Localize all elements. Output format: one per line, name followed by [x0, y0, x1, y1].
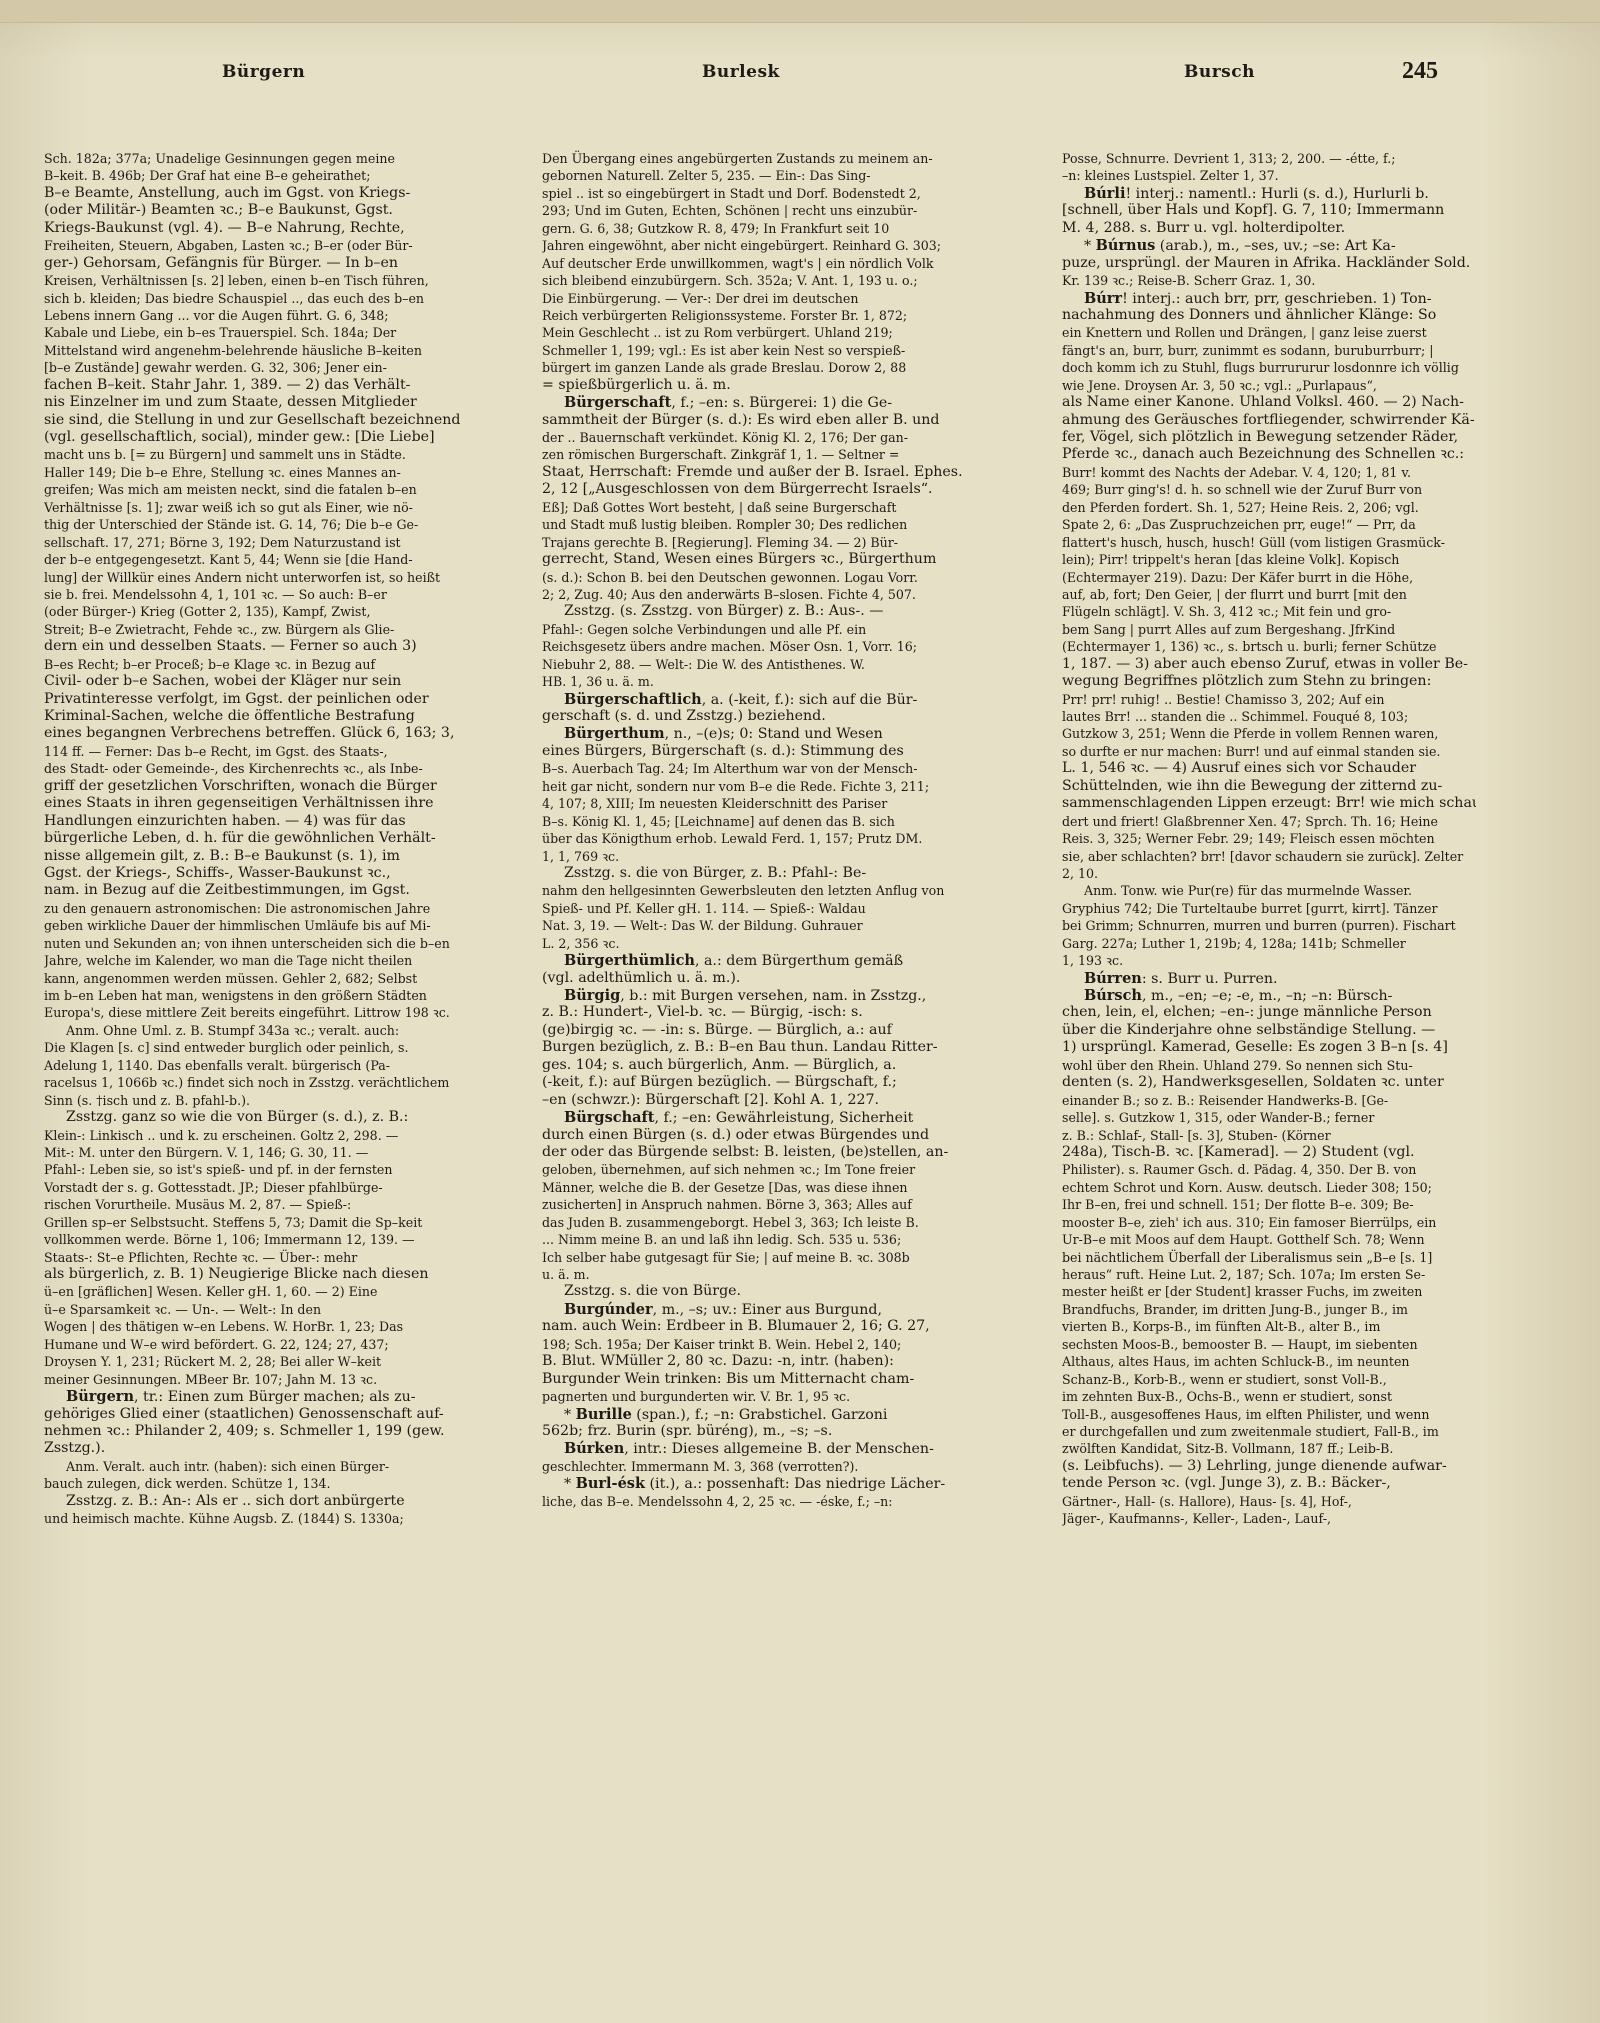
text-line: gehöriges Glied einer (staatlichen) Geno…: [44, 1406, 522, 1423]
text-line: Haller 149; Die b–e Ehre, Stellung ꝛc. e…: [44, 464, 522, 481]
text-line: puze, ursprüngl. der Mauren in Afrika. H…: [1062, 255, 1476, 272]
text-line: Anm. Veralt. auch intr. (haben): sich ei…: [44, 1458, 522, 1475]
text-line: 293; Und im Guten, Echten, Schönen | rec…: [542, 202, 1036, 219]
headword: Búrnus: [1096, 237, 1156, 254]
header-left-catchword: Bürgern: [222, 62, 305, 82]
text-line: B–s. Auerbach Tag. 24; Im Alterthum war …: [542, 760, 1036, 777]
text-line: ... Nimm meine B. an und laß ihn ledig. …: [542, 1231, 1036, 1248]
text-line: Flügeln schlägt]. V. Sh. 3, 412 ꝛc.; Mit…: [1062, 603, 1476, 620]
text-line: B–keit. B. 496b; Der Graf hat eine B–e g…: [44, 167, 522, 184]
dictionary-entry-line: Bürgerthümlich, a.: dem Bürgerthum gemäß: [542, 952, 1036, 969]
text-line: des Stadt- oder Gemeinde-, des Kirchenre…: [44, 760, 522, 777]
text-line: 114 ff. — Ferner: Das b–e Recht, im Ggst…: [44, 743, 522, 760]
text-line: [b–e Zustände] gewahr werden. G. 32, 306…: [44, 359, 522, 376]
text-line: (-keit, f.): auf Bürgen bezüglich. — Bür…: [542, 1074, 1036, 1091]
dictionary-entry-line: Bürgern, tr.: Einen zum Bürger machen; a…: [44, 1388, 522, 1405]
text-line: Zsstzg. s. die von Bürger, z. B.: Pfahl-…: [542, 865, 1036, 882]
dictionary-entry-line: Búrsch, m., –en; –e; -e, m., –n; –n: Bür…: [1062, 987, 1476, 1004]
text-line: Die Einbürgerung. — Ver-: Der drei im de…: [542, 290, 1036, 307]
text-line: gebornen Naturell. Zelter 5, 235. — Ein-…: [542, 167, 1036, 184]
dictionary-entry-line: Bürgerschaftlich, a. (-keit, f.): sich a…: [542, 691, 1036, 708]
text-line: 2; 2, Zug. 40; Aus den anderwärts B–slos…: [542, 586, 1036, 603]
text-line: Lebens innern Gang ... vor die Augen füh…: [44, 307, 522, 324]
text-line: pagnerten und burgunderten wir. V. Br. 1…: [542, 1388, 1036, 1405]
headword: Bürgerthümlich: [564, 952, 695, 969]
text-line: (vgl. adelthümlich u. ä. m.).: [542, 970, 1036, 987]
text-line: 1) ursprüngl. Kamerad, Geselle: Es zogen…: [1062, 1039, 1476, 1056]
text-line: heraus“ ruft. Heine Lut. 2, 187; Sch. 10…: [1062, 1266, 1476, 1283]
text-column-middle: Den Übergang eines angebürgerten Zustand…: [542, 150, 1036, 1510]
text-line: nahm den hellgesinnten Gewerbsleuten den…: [542, 882, 1036, 899]
text-line: Auf deutscher Erde unwillkommen, wagt's …: [542, 255, 1036, 272]
text-line: u. ä. m.: [542, 1266, 1036, 1283]
line-prefix: *: [564, 1476, 576, 1492]
text-line: bürgert im ganzen Lande als grade Bresla…: [542, 359, 1036, 376]
text-line: Spate 2, 6: „Das Zuspruchzeichen prr, eu…: [1062, 516, 1476, 533]
text-line: gerrecht, Stand, Wesen eines Bürgers ꝛc.…: [542, 551, 1036, 568]
text-line: racelsus 1, 1066b ꝛc.) findet sich noch …: [44, 1074, 522, 1091]
text-line: meiner Gesinnungen. MBeer Br. 107; Jahn …: [44, 1371, 522, 1388]
text-line: 1, 193 ꝛc.: [1062, 952, 1476, 969]
definition-text: , a. (-keit, f.): sich auf die Bür-: [702, 692, 918, 708]
headword: Burgúnder: [564, 1301, 653, 1318]
dictionary-entry-line: Bürgerthum, n., –(e)s; 0: Stand und Wese…: [542, 725, 1036, 742]
text-line: flattert's husch, husch, husch! Güll (vo…: [1062, 534, 1476, 551]
text-line: zu den genauern astronomischen: Die astr…: [44, 900, 522, 917]
text-line: einander B.; so z. B.: Reisender Handwer…: [1062, 1092, 1476, 1109]
text-line: Vorstadt der s. g. Gottesstadt. JP.; Die…: [44, 1179, 522, 1196]
text-line: durch einen Bürgen (s. d.) oder etwas Bü…: [542, 1127, 1036, 1144]
text-line: Sinn (s. †isch und z. B. pfahl-b.).: [44, 1092, 522, 1109]
text-line: macht uns b. [= zu Bürgern] und sammelt …: [44, 446, 522, 463]
text-line: Anm. Ohne Uml. z. B. Stumpf 343a ꝛc.; ve…: [44, 1022, 522, 1039]
text-line: Grillen sp–er Selbstsucht. Steffens 5, 7…: [44, 1214, 522, 1231]
text-line: = spießbürgerlich u. ä. m.: [542, 377, 1036, 394]
text-line: Garg. 227a; Luther 1, 219b; 4, 128a; 141…: [1062, 935, 1476, 952]
headword: Burl-ésk: [576, 1475, 645, 1492]
line-prefix: *: [564, 1407, 576, 1423]
text-line: echtem Schrot und Korn. Ausw. deutsch. L…: [1062, 1179, 1476, 1196]
dictionary-entry-line: * Burille (span.), f.; –n: Grabstichel. …: [542, 1406, 1036, 1423]
text-line: eines begangnen Verbrechens betreffen. G…: [44, 725, 522, 742]
text-line: der oder das Bürgende selbst: B. leisten…: [542, 1144, 1036, 1161]
text-line: doch komm ich zu Stuhl, flugs burrururur…: [1062, 359, 1476, 376]
definition-text: , n., –(e)s; 0: Stand und Wesen: [665, 726, 883, 742]
text-line: Gryphius 742; Die Turteltaube burret [gu…: [1062, 900, 1476, 917]
text-line: sie b. frei. Mendelssohn 4, 1, 101 ꝛc. —…: [44, 586, 522, 603]
text-line: greifen; Was mich am meisten neckt, sind…: [44, 481, 522, 498]
headword: Bürgig: [564, 987, 620, 1004]
text-line: B–s. König Kl. 1, 45; [Leichname] auf de…: [542, 813, 1036, 830]
text-line: als Name einer Kanone. Uhland Volksl. 46…: [1062, 394, 1476, 411]
text-line: Gutzkow 3, 251; Wenn die Pferde in volle…: [1062, 725, 1476, 742]
definition-text: (span.), f.; –n: Grabstichel. Garzoni: [632, 1407, 888, 1423]
text-line: der b–e entgegengesetzt. Kant 5, 44; Wen…: [44, 551, 522, 568]
text-line: und Stadt muß lustig bleiben. Rompler 30…: [542, 516, 1036, 533]
text-line: Den Übergang eines angebürgerten Zustand…: [542, 150, 1036, 167]
text-line: gern. G. 6, 38; Gutzkow R. 8, 479; In Fr…: [542, 220, 1036, 237]
text-line: Adelung 1, 1140. Das ebenfalls veralt. b…: [44, 1057, 522, 1074]
text-line: Handlungen einzurichten haben. — 4) was …: [44, 813, 522, 830]
header-right-catchword: Bursch: [1184, 62, 1255, 82]
text-line: Zsstzg. (s. Zsstzg. von Bürger) z. B.: A…: [542, 603, 1036, 620]
text-line: nam. in Bezug auf die Zeitbestimmungen, …: [44, 882, 522, 899]
text-line: lung] der Willkür eines Andern nicht unt…: [44, 569, 522, 586]
text-line: Niebuhr 2, 88. — Welt-: Die W. des Antis…: [542, 656, 1036, 673]
text-line: Ihr B–en, frei und schnell. 151; Der flo…: [1062, 1196, 1476, 1213]
headword: Búrsch: [1084, 987, 1142, 1004]
text-line: den Pferden fordert. Sh. 1, 527; Heine R…: [1062, 499, 1476, 516]
text-line: Zsstzg. z. B.: An-: Als er .. sich dort …: [44, 1493, 522, 1510]
headword: Bürgerschaft: [564, 394, 671, 411]
text-line: bem Sang | purrt Alles auf zum Bergeshan…: [1062, 621, 1476, 638]
text-line: Trajans gerechte B. [Regierung]. Fleming…: [542, 534, 1036, 551]
text-line: Die Klagen [s. c] sind entweder burglich…: [44, 1039, 522, 1056]
text-line: bürgerliche Leben, d. h. für die gewöhnl…: [44, 830, 522, 847]
text-line: Pfahl-: Gegen solche Verbindungen und al…: [542, 621, 1036, 638]
text-line: zen römischen Burgerschaft. Zinkgräf 1, …: [542, 446, 1036, 463]
page-top-edge: [0, 0, 1600, 23]
text-line: (s. Leibfuchs). — 3) Lehrling, junge die…: [1062, 1458, 1476, 1475]
text-line: auf, ab, fort; Den Geier, | der flurrt u…: [1062, 586, 1476, 603]
text-line: Zsstzg. s. die von Bürge.: [542, 1283, 1036, 1300]
text-line: Staat, Herrschaft: Fremde und außer der …: [542, 464, 1036, 481]
dictionary-entry-line: Bürgerschaft, f.; –en: s. Bürgerei: 1) d…: [542, 394, 1036, 411]
headword: Búrr: [1084, 290, 1122, 307]
text-line: (Echtermayer 219). Dazu: Der Käfer burrt…: [1062, 569, 1476, 586]
text-line: Wogen | des thätigen w–en Lebens. W. Hor…: [44, 1318, 522, 1335]
text-line: Toll-B., ausgesoffenes Haus, im elften P…: [1062, 1406, 1476, 1423]
text-line: Mit-: M. unter den Bürgern. V. 1, 146; G…: [44, 1144, 522, 1161]
text-line: Streit; B–e Zwietracht, Fehde ꝛc., zw. B…: [44, 621, 522, 638]
text-line: 198; Sch. 195a; Der Kaiser trinkt B. Wei…: [542, 1336, 1036, 1353]
text-line: bei Grimm; Schnurren, murren und burren …: [1062, 917, 1476, 934]
text-line: ahmung des Geräusches fortfliegender, sc…: [1062, 412, 1476, 429]
text-line: 2, 12 [„Ausgeschlossen von dem Bürgerrec…: [542, 481, 1036, 498]
text-line: B. Blut. WMüller 2, 80 ꝛc. Dazu: -n, int…: [542, 1353, 1036, 1370]
text-line: Philister). s. Raumer Gsch. d. Pädag. 4,…: [1062, 1161, 1476, 1178]
text-line: wie Jene. Droysen Ar. 3, 50 ꝛc.; vgl.: „…: [1062, 377, 1476, 394]
text-line: B–es Recht; b–er Proceß; b–e Klage ꝛc. i…: [44, 656, 522, 673]
text-line: sammtheit der Bürger (s. d.): Es wird eb…: [542, 412, 1036, 429]
text-line: Freiheiten, Steuern, Abgaben, Lasten ꝛc.…: [44, 237, 522, 254]
text-line: 4, 107; 8, XIII; Im neuesten Kleiderschn…: [542, 795, 1036, 812]
text-line: zwölften Kandidat, Sitz-B. Vollmann, 187…: [1062, 1440, 1476, 1457]
text-line: eines Staats in ihren gegenseitigen Verh…: [44, 795, 522, 812]
dictionary-entry-line: Bürgschaft, f.; –en: Gewährleistung, Sic…: [542, 1109, 1036, 1126]
text-line: geben wirkliche Dauer der himmlischen Um…: [44, 917, 522, 934]
text-line: ü–e Sparsamkeit ꝛc. — Un-. — Welt-: In d…: [44, 1301, 522, 1318]
definition-text: , intr.: Dieses allgemeine B. der Mensch…: [624, 1441, 934, 1457]
text-line: Gärtner-, Hall- (s. Hallore), Haus- [s. …: [1062, 1493, 1476, 1510]
text-line: L. 2, 356 ꝛc.: [542, 935, 1036, 952]
headword: Burille: [576, 1406, 632, 1423]
text-line: Althaus, altes Haus, im achten Schluck-B…: [1062, 1353, 1476, 1370]
text-line: 469; Burr ging's! d. h. so schnell wie d…: [1062, 481, 1476, 498]
definition-text: , a.: dem Bürgerthum gemäß: [695, 953, 903, 969]
text-line: Anm. Tonw. wie Pur(re) für das murmelnde…: [1062, 882, 1476, 899]
headword: Bürgerthum: [564, 725, 665, 742]
text-line: Humane und W–e wird befördert. G. 22, 12…: [44, 1336, 522, 1353]
text-line: nam. auch Wein: Erdbeer in B. Blumauer 2…: [542, 1318, 1036, 1335]
headword: Bürgschaft: [564, 1109, 654, 1126]
text-line: Ggst. der Kriegs-, Schiffs-, Wasser-Bauk…: [44, 865, 522, 882]
text-line: Europa's, diese mittlere Zeit bereits ei…: [44, 1004, 522, 1021]
text-line: sie sind, die Stellung in und zur Gesell…: [44, 412, 522, 429]
text-line: wohl über den Rhein. Uhland 279. So nenn…: [1062, 1057, 1476, 1074]
text-line: Burgunder Wein trinken: Bis um Mitternac…: [542, 1371, 1036, 1388]
text-line: Ich selber habe gutgesagt für Sie; | auf…: [542, 1249, 1036, 1266]
text-line: der .. Bauernschaft verkündet. König Kl.…: [542, 429, 1036, 446]
text-line: ger-) Gehorsam, Gefängnis für Bürger. — …: [44, 255, 522, 272]
text-line: ü–en [gräflichen] Wesen. Keller gH. 1, 6…: [44, 1283, 522, 1300]
text-line: fängt's an, burr, burr, zunimmt es sodan…: [1062, 342, 1476, 359]
text-line: Brandfuchs, Brander, im dritten Jung-B.,…: [1062, 1301, 1476, 1318]
headword: Búrken: [564, 1440, 624, 1457]
definition-text: , f.; –en: Gewährleistung, Sicherheit: [654, 1110, 913, 1126]
text-line: Pfahl-: Leben sie, so ist's spieß- und p…: [44, 1161, 522, 1178]
text-line: kann, angenommen werden müssen. Gehler 2…: [44, 970, 522, 987]
text-line: Eß]; Daß Gottes Wort besteht, | daß sein…: [542, 499, 1036, 516]
text-line: Droysen Y. 1, 231; Rückert M. 2, 28; Bei…: [44, 1353, 522, 1370]
text-line: Zsstzg.).: [44, 1440, 522, 1457]
text-line: fer, Vögel, sich plötzlich in Bewegung s…: [1062, 429, 1476, 446]
text-line: Jahren eingewöhnt, aber nicht eingebürge…: [542, 237, 1036, 254]
dictionary-entry-line: * Búrnus (arab.), m., –ses, uv.; –se: Ar…: [1062, 237, 1476, 254]
text-line: mester heißt er [der Student] krasser Fu…: [1062, 1283, 1476, 1300]
text-line: (s. d.): Schon B. bei den Deutschen gewo…: [542, 569, 1036, 586]
text-line: eines Bürgers, Bürgerschaft (s. d.): Sti…: [542, 743, 1036, 760]
text-line: Kabale und Liebe, ein b–es Trauerspiel. …: [44, 324, 522, 341]
text-line: (vgl. gesellschaftlich, social), minder …: [44, 429, 522, 446]
definition-text: (arab.), m., –ses, uv.; –se: Art Ka-: [1155, 238, 1395, 254]
dictionary-entry-line: Burgúnder, m., –s; uv.: Einer aus Burgun…: [542, 1301, 1036, 1318]
text-line: das Juden B. zusammengeborgt. Hebel 3, 3…: [542, 1214, 1036, 1231]
text-line: (oder Militär-) Beamten ꝛc.; B–e Baukuns…: [44, 202, 522, 219]
text-line: lein); Pirr! trippelt's heran [das klein…: [1062, 551, 1476, 568]
text-line: ein Knettern und Rollen und Drängen, | g…: [1062, 324, 1476, 341]
text-column-left: Sch. 182a; 377a; Unadelige Gesinnungen g…: [44, 150, 522, 1528]
text-line: heit gar nicht, sondern nur vom B–e die …: [542, 778, 1036, 795]
text-line: sie, aber schlachten? brr! [davor schaud…: [1062, 848, 1476, 865]
text-line: Kreisen, Verhältnissen [s. 2] leben, ein…: [44, 272, 522, 289]
definition-text: , f.; –en: s. Bürgerei: 1) die Ge-: [671, 395, 892, 411]
dictionary-entry-line: * Burl-ésk (it.), a.: possenhaft: Das ni…: [542, 1475, 1036, 1492]
text-line: Ur-B–e mit Moos auf dem Haupt. Gotthelf …: [1062, 1231, 1476, 1248]
headword: Búrli: [1084, 185, 1125, 202]
text-line: 1, 187. — 3) aber auch ebenso Zuruf, etw…: [1062, 656, 1476, 673]
text-line: lautes Brr! ... standen die .. Schimmel.…: [1062, 708, 1476, 725]
text-line: Staats-: St–e Pflichten, Rechte ꝛc. — Üb…: [44, 1249, 522, 1266]
text-line: Burr! kommt des Nachts der Adebar. V. 4,…: [1062, 464, 1476, 481]
text-line: thig der Unterschied der Stände ist. G. …: [44, 516, 522, 533]
line-prefix: *: [1084, 238, 1096, 254]
text-line: [schnell, über Hals und Kopf]. G. 7, 110…: [1062, 202, 1476, 219]
text-line: bei nächtlichem Überfall der Liberalismu…: [1062, 1249, 1476, 1266]
dictionary-entry-line: Búrken, intr.: Dieses allgemeine B. der …: [542, 1440, 1036, 1457]
text-line: fachen B–keit. Stahr Jahr. 1, 389. — 2) …: [44, 377, 522, 394]
text-line: über die Kinderjahre ohne selbständige S…: [1062, 1022, 1476, 1039]
dictionary-entry-line: Búrren: s. Burr u. Purren.: [1062, 970, 1476, 987]
text-line: im zehnten Bux-B., Ochs-B., wenn er stud…: [1062, 1388, 1476, 1405]
text-line: er durchgefallen und zum zweitenmale stu…: [1062, 1423, 1476, 1440]
text-line: Reis. 3, 325; Werner Febr. 29; 149; Flei…: [1062, 830, 1476, 847]
text-line: dern ein und desselben Staats. — Ferner …: [44, 638, 522, 655]
page-number: 245: [1402, 58, 1438, 85]
text-line: als bürgerlich, z. B. 1) Neugierige Blic…: [44, 1266, 522, 1283]
text-line: Prr! prr! ruhig! .. Bestie! Chamisso 3, …: [1062, 691, 1476, 708]
text-line: chen, lein, el, elchen; –en-: junge männ…: [1062, 1004, 1476, 1021]
text-line: wegung Begriffnes plötzlich zum Stehn zu…: [1062, 673, 1476, 690]
dictionary-entry-line: Búrr! interj.: auch brr, prr, geschriebe…: [1062, 290, 1476, 307]
text-line: denten (s. 2), Handwerksgesellen, Soldat…: [1062, 1074, 1476, 1091]
text-line: –n: kleines Lustspiel. Zelter 1, 37.: [1062, 167, 1476, 184]
text-line: 248a), Tisch-B. ꝛc. [Kamerad]. — 2) Stud…: [1062, 1144, 1476, 1161]
text-line: tende Person ꝛc. (vgl. Junge 3), z. B.: …: [1062, 1475, 1476, 1492]
text-line: 1, 1, 769 ꝛc.: [542, 848, 1036, 865]
text-line: (ge)birgig ꝛc. — -in: s. Bürge. — Bürgli…: [542, 1022, 1036, 1039]
text-line: sechsten Moos-B., bemooster B. — Haupt, …: [1062, 1336, 1476, 1353]
dictionary-entry-line: Búrli! interj.: namentl.: Hurli (s. d.),…: [1062, 185, 1476, 202]
dictionary-entry-line: Bürgig, b.: mit Burgen versehen, nam. in…: [542, 987, 1036, 1004]
text-line: Sch. 182a; 377a; Unadelige Gesinnungen g…: [44, 150, 522, 167]
text-line: Nat. 3, 19. — Welt-: Das W. der Bildung.…: [542, 917, 1036, 934]
text-line: z. B.: Schlaf-, Stall- [s. 3], Stuben- (…: [1062, 1127, 1476, 1144]
text-line: geloben, übernehmen, auf sich nehmen ꝛc.…: [542, 1161, 1036, 1178]
text-line: Pferde ꝛc., danach auch Bezeichnung des …: [1062, 446, 1476, 463]
text-line: über das Königthum erhob. Lewald Ferd. 1…: [542, 830, 1036, 847]
text-line: Reich verbürgerten Religionssysteme. For…: [542, 307, 1036, 324]
text-line: Männer, welche die B. der Gesetze [Das, …: [542, 1179, 1036, 1196]
text-line: Jahre, welche im Kalender, wo man die Ta…: [44, 952, 522, 969]
text-line: rischen Vorurtheile. Musäus M. 2, 87. — …: [44, 1196, 522, 1213]
text-line: griff der gesetzlichen Vorschriften, won…: [44, 778, 522, 795]
text-line: nisse allgemein gilt, z. B.: B–e Baukuns…: [44, 848, 522, 865]
text-line: 2, 10.: [1062, 865, 1476, 882]
text-line: Kriminal-Sachen, welche die öffentliche …: [44, 708, 522, 725]
headword: Bürgern: [66, 1388, 134, 1405]
headword: Búrren: [1084, 970, 1142, 987]
text-line: Mein Geschlecht .. ist zu Rom verbürgert…: [542, 324, 1036, 341]
text-line: z. B.: Hundert-, Viel-b. ꝛc. — Bürgig, -…: [542, 1004, 1036, 1021]
definition-text: ! interj.: namentl.: Hurli (s. d.), Hurl…: [1125, 186, 1428, 202]
text-line: sammenschlagenden Lippen erzeugt: Brr! w…: [1062, 795, 1476, 812]
definition-text: , m., –en; –e; -e, m., –n; –n: Bürsch-: [1142, 988, 1392, 1004]
text-line: Klein-: Linkisch .. und k. zu erscheinen…: [44, 1127, 522, 1144]
text-line: Schmeller 1, 199; vgl.: Es ist aber kein…: [542, 342, 1036, 359]
text-line: Schanz-B., Korb-B., wenn er studiert, so…: [1062, 1371, 1476, 1388]
text-line: Zsstzg. ganz so wie die von Bürger (s. d…: [44, 1109, 522, 1126]
text-line: 562b; frz. Burin (spr. büréng), m., –s; …: [542, 1423, 1036, 1440]
text-line: Spieß- und Pf. Keller gH. 1. 114. — Spie…: [542, 900, 1036, 917]
text-line: sich b. kleiden; Das biedre Schauspiel .…: [44, 290, 522, 307]
header-center-catchword: Burlesk: [702, 62, 780, 82]
text-column-right: Posse, Schnurre. Devrient 1, 313; 2, 200…: [1062, 150, 1476, 1528]
definition-text: : s. Burr u. Purren.: [1142, 971, 1278, 987]
text-line: zusicherten] in Anspruch nahmen. Börne 3…: [542, 1196, 1036, 1213]
text-line: nuten und Sekunden an; von ihnen untersc…: [44, 935, 522, 952]
text-line: Jäger-, Kaufmanns-, Keller-, Laden-, Lau…: [1062, 1510, 1476, 1527]
text-line: Kriegs-Baukunst (vgl. 4). — B–e Nahrung,…: [44, 220, 522, 237]
text-line: sich bleibend einzubürgern. Sch. 352a; V…: [542, 272, 1036, 289]
definition-text: , m., –s; uv.: Einer aus Burgund,: [653, 1302, 882, 1318]
text-line: gerschaft (s. d. und Zsstzg.) beziehend.: [542, 708, 1036, 725]
text-line: liche, das B–e. Mendelssohn 4, 2, 25 ꝛc.…: [542, 1493, 1036, 1510]
text-line: Burgen bezüglich, z. B.: B–en Bau thun. …: [542, 1039, 1036, 1056]
text-line: HB. 1, 36 u. ä. m.: [542, 673, 1036, 690]
text-line: M. 4, 288. s. Burr u. vgl. holterdipolte…: [1062, 220, 1476, 237]
text-line: B–e Beamte, Anstellung, auch im Ggst. vo…: [44, 185, 522, 202]
text-line: Verhältnisse [s. 1]; zwar weiß ich so gu…: [44, 499, 522, 516]
text-line: mooster B–e, zieh' ich aus. 310; Ein fam…: [1062, 1214, 1476, 1231]
text-line: nehmen ꝛc.: Philander 2, 409; s. Schmell…: [44, 1423, 522, 1440]
text-line: dert und friert! Glaßbrenner Xen. 47; Sp…: [1062, 813, 1476, 830]
text-line: Reichsgesetz übers andre machen. Möser O…: [542, 638, 1036, 655]
text-line: Kr. 139 ꝛc.; Reise-B. Scherr Graz. 1, 30…: [1062, 272, 1476, 289]
text-line: sellschaft. 17, 271; Börne 3, 192; Dem N…: [44, 534, 522, 551]
text-line: selle]. s. Gutzkow 1, 315, oder Wander-B…: [1062, 1109, 1476, 1126]
text-line: bauch zulegen, dick werden. Schütze 1, 1…: [44, 1475, 522, 1492]
text-line: nis Einzelner im und zum Staate, dessen …: [44, 394, 522, 411]
text-line: spiel .. ist so eingebürgert in Stadt un…: [542, 185, 1036, 202]
text-line: (Echtermayer 1, 136) ꝛc., s. brtsch u. b…: [1062, 638, 1476, 655]
headword: Bürgerschaftlich: [564, 691, 702, 708]
text-line: Civil- oder b–e Sachen, wobei der Kläger…: [44, 673, 522, 690]
text-line: vollkommen werde. Börne 1, 106; Immerman…: [44, 1231, 522, 1248]
text-line: Schüttelnden, wie ihn die Bewegung der z…: [1062, 778, 1476, 795]
text-line: so durfte er nur machen: Burr! und auf e…: [1062, 743, 1476, 760]
text-line: vierten B., Korps-B., im fünften Alt-B.,…: [1062, 1318, 1476, 1335]
definition-text: , b.: mit Burgen versehen, nam. in Zsstz…: [620, 988, 926, 1004]
text-line: nachahmung des Donners und ähnlicher Klä…: [1062, 307, 1476, 324]
definition-text: (it.), a.: possenhaft: Das niedrige Läch…: [645, 1476, 945, 1492]
text-line: L. 1, 546 ꝛc. — 4) Ausruf eines sich vor…: [1062, 760, 1476, 777]
definition-text: ! interj.: auch brr, prr, geschrieben. 1…: [1122, 291, 1431, 307]
text-line: –en (schwzr.): Bürgerschaft [2]. Kohl A.…: [542, 1092, 1036, 1109]
text-line: (oder Bürger-) Krieg (Gotter 2, 135), Ka…: [44, 603, 522, 620]
definition-text: , tr.: Einen zum Bürger machen; als zu-: [134, 1389, 416, 1405]
running-header: Bürgern Burlesk Bursch 245: [0, 62, 1600, 102]
text-line: Mittelstand wird angenehm-belehrende häu…: [44, 342, 522, 359]
text-line: im b–en Leben hat man, wenigstens in den…: [44, 987, 522, 1004]
text-line: Privatinteresse verfolgt, im Ggst. der p…: [44, 691, 522, 708]
text-line: Posse, Schnurre. Devrient 1, 313; 2, 200…: [1062, 150, 1476, 167]
text-line: geschlechter. Immermann M. 3, 368 (verro…: [542, 1458, 1036, 1475]
text-line: und heimisch machte. Kühne Augsb. Z. (18…: [44, 1510, 522, 1527]
text-line: ges. 104; s. auch bürgerlich, Anm. — Bür…: [542, 1057, 1036, 1074]
